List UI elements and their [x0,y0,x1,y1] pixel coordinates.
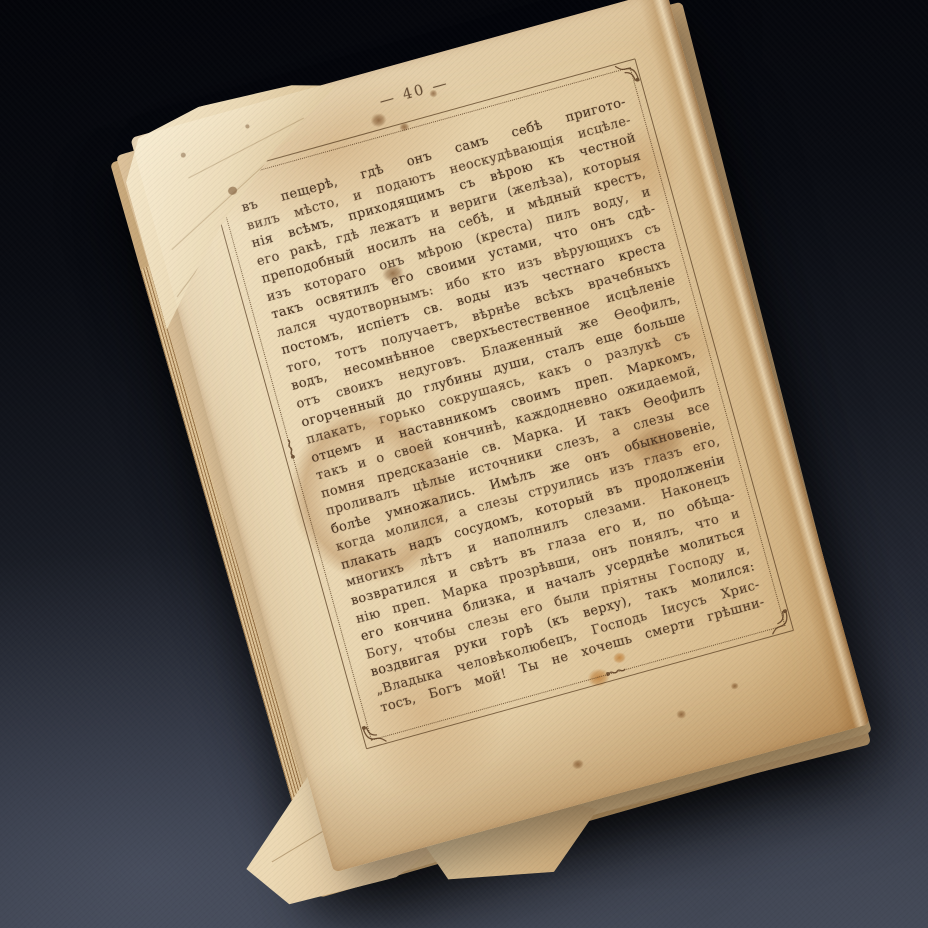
paper-stain [245,124,250,129]
paper-stain [227,186,238,196]
paper-stain [180,152,186,158]
paper-stain [675,709,687,720]
printed-border-frame: въ пещерѣ, гдѣ онъ самъ себѣ пригото- ви… [207,58,794,749]
inner-dotted-frame: въ пещерѣ, гдѣ онъ самъ себѣ пригото- ви… [216,67,785,741]
book-page: — 40 — [130,0,869,872]
photo-of-old-book-page: — 40 — [0,0,928,928]
paper-stain [571,758,585,771]
paper-stain [730,682,740,691]
page-text: въ пещерѣ, гдѣ онъ самъ себѣ пригото- ви… [217,68,784,739]
